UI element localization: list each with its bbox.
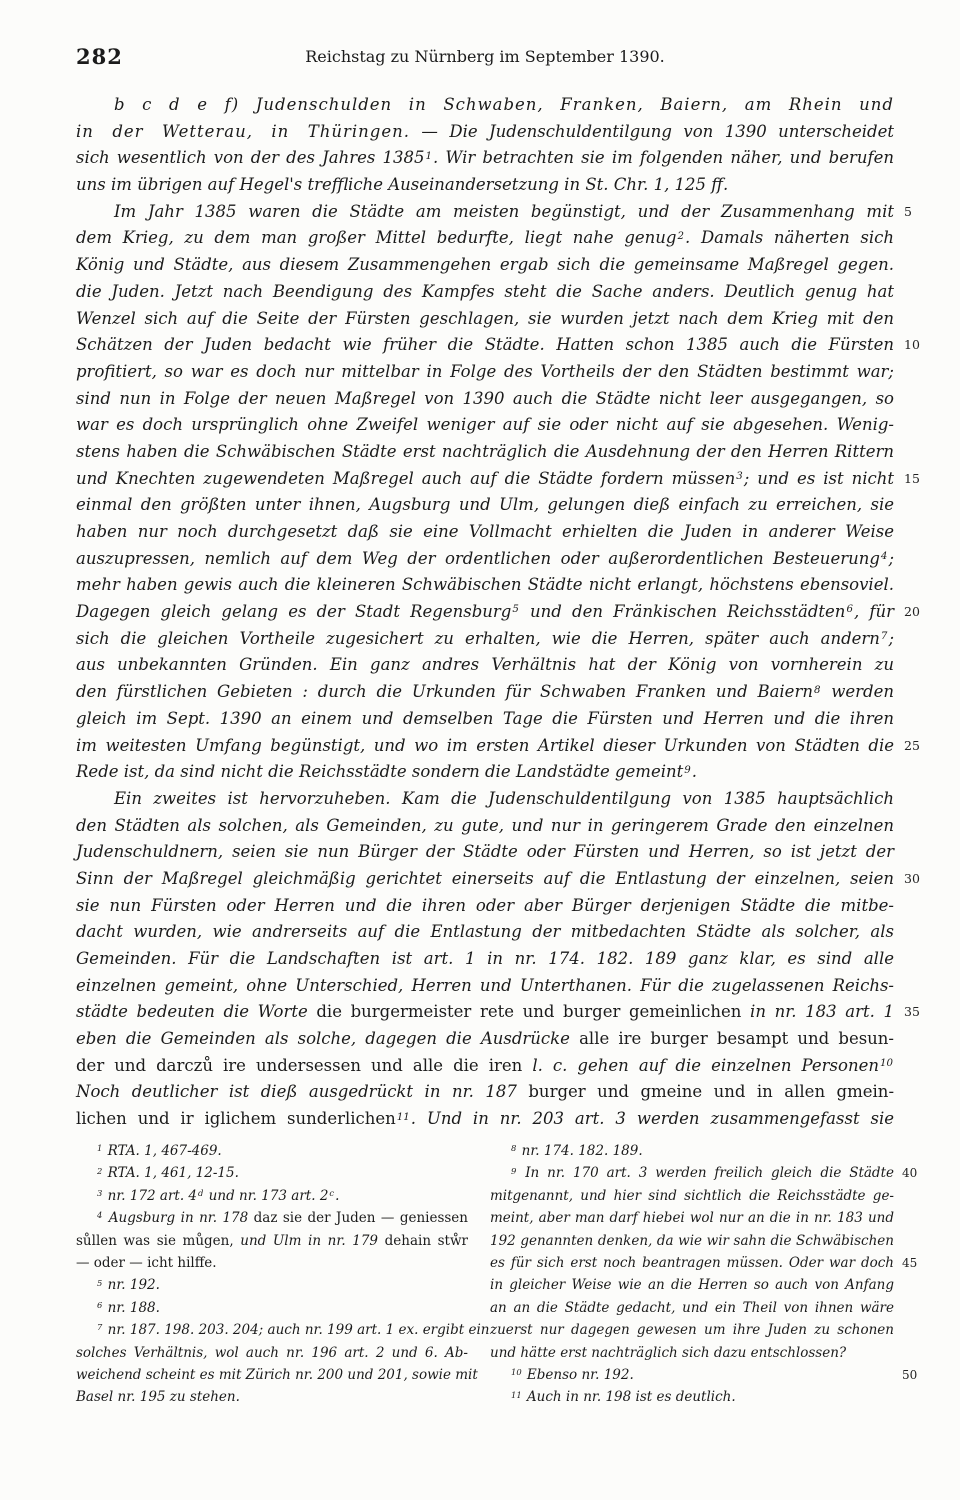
text-segment: . Wir betrachten sie im folgenden näher,… [433, 148, 894, 167]
footnote-ref: 2 [677, 231, 686, 242]
body-text-line: sie nun Fürsten oder Herren und die ihre… [76, 893, 894, 920]
text-segment: auszupressen, nemlich auf dem Weg der or… [76, 549, 880, 568]
text-segment: in gleicher Weise wie an die Herren so a… [490, 1277, 894, 1293]
margin-line-number: 40 [902, 1162, 917, 1184]
footnote-line: und hätte erst nachträglich sich dazu en… [490, 1342, 894, 1364]
footnote-ref: 1 [425, 151, 434, 162]
margin-line-number: 5 [904, 199, 912, 226]
text-segment: nr. 192. [103, 1277, 160, 1293]
text-segment: burger und gmeine und in allen gmein- [528, 1082, 894, 1101]
text-segment: mehr haben gewis auch die kleineren Schw… [76, 575, 894, 594]
text-segment: ; [888, 629, 894, 648]
body-text-line: dacht wurden, wie andrerseits auf die En… [76, 919, 894, 946]
text-segment: ; und es ist nicht [744, 469, 894, 488]
text-segment: den Städten als solchen, als Gemeinden, … [76, 816, 894, 835]
body-text-line: und Knechten zugewendeten Maßregel auch … [76, 466, 894, 493]
footnote-line: 4 Augsburg in nr. 178 daz sie der Juden … [76, 1207, 468, 1229]
text-segment: aus unbekannten Gründen. Ein ganz andres… [76, 655, 894, 674]
text-segment: gleich im Sept. 1390 an einem und demsel… [76, 709, 894, 728]
text-segment: sich die gleichen Vortheile zugesichert … [76, 629, 880, 648]
margin-line-number: 15 [904, 466, 920, 493]
text-segment: , für [854, 602, 894, 621]
text-segment: Im Jahr 1385 waren die Städte am meisten… [114, 202, 894, 221]
footnote-ref: 11 [510, 1390, 523, 1400]
running-head: Reichstag zu Nürnberg im September 1390. [76, 44, 894, 66]
footnote-ref: 10 [879, 1058, 894, 1069]
body-text-line: sind nun in Folge der neuen Maßregel von… [76, 386, 894, 413]
body-text-line: aus unbekannten Gründen. Ein ganz andres… [76, 652, 894, 679]
text-segment: die burgermeister rete und burger gemein… [316, 1002, 741, 1021]
footnote-line: sůllen was sie můgen, und Ulm in nr. 179… [76, 1230, 468, 1252]
footnotes-right-column: 8 nr. 174. 182. 189.9 In nr. 170 art. 3 … [490, 1140, 894, 1409]
body-text-line: war es doch ursprünglich ohne Zweifel we… [76, 412, 894, 439]
text-segment: sie nun Fürsten oder Herren und die ihre… [76, 896, 894, 915]
text-segment: Schätzen der Juden bedacht wie früher di… [76, 335, 894, 354]
book-page: 282 Reichstag zu Nürnberg im September 1… [0, 0, 960, 1500]
text-segment: nr. 174. 182. 189. [517, 1143, 642, 1159]
footnote-ref: 9 [683, 765, 692, 776]
text-segment: und den Fränkischen Reichsstädten [520, 602, 846, 621]
text-segment: lichen und ir iglichem sunderlichen [76, 1109, 396, 1128]
footnote-ref: 2 [96, 1166, 103, 1176]
body-text-line: Dagegen gleich gelang es der Stadt Regen… [76, 599, 894, 626]
text-segment: uns im übrigen auf Hegel's treffliche Au… [76, 175, 728, 194]
margin-line-number: 25 [904, 733, 920, 760]
footnote-line: 6 nr. 188. [76, 1297, 468, 1319]
margin-line-number: 35 [904, 999, 920, 1026]
text-segment: 192 genannten denken, da wie wir sahn di… [490, 1233, 894, 1249]
footnote-line: 7 nr. 187. 198. 203. 204; auch nr. 199 a… [76, 1319, 468, 1341]
footnote-ref: 6 [96, 1300, 103, 1310]
text-segment: und nr. 173 art. 2 [204, 1188, 328, 1204]
body-text-line: der und darczů ire undersessen und alle … [76, 1053, 894, 1080]
body-text-line: sich wesentlich von der des Jahres 13851… [76, 145, 894, 172]
text-segment: Augsburg in nr. 178 [103, 1210, 253, 1226]
text-segment: dacht wurden, wie andrerseits auf die En… [76, 922, 894, 941]
footnote-line: in gleicher Weise wie an die Herren so a… [490, 1274, 894, 1296]
main-text: b c d e f) Judenschulden in Schwaben, Fr… [76, 92, 894, 1133]
text-segment: Sinn der Maßregel gleichmäßig gerichtet … [76, 869, 894, 888]
footnote-line: 11 Auch in nr. 198 ist es deutlich. [490, 1386, 894, 1408]
body-text-line: einmal den größten unter ihnen, Augsburg… [76, 492, 894, 519]
text-segment: In nr. 170 art. 3 werden freilich gleich… [517, 1165, 894, 1181]
margin-line-number: 30 [904, 866, 920, 893]
text-segment: — oder — icht hilffe. [76, 1255, 217, 1271]
text-segment: weichend scheint es mit Zürich nr. 200 u… [76, 1367, 478, 1383]
text-segment: in nr. 183 art. 1 [741, 1002, 894, 1021]
body-text-line: eben die Gemeinden als solche, dagegen d… [76, 1026, 894, 1053]
body-text-line: König und Städte, aus diesem Zusammengeh… [76, 252, 894, 279]
text-segment: König und Städte, aus diesem Zusammengeh… [76, 255, 894, 274]
footnote-ref: 8 [813, 685, 822, 696]
footnotes-section: 1 RTA. 1, 467-469.2 RTA. 1, 461, 12-15.3… [76, 1140, 894, 1409]
footnote-ref: 10 [510, 1367, 523, 1377]
margin-line-number: 20 [904, 599, 920, 626]
text-segment: sind nun in Folge der neuen Maßregel von… [76, 389, 894, 408]
body-text-line: Im Jahr 1385 waren die Städte am meisten… [76, 199, 894, 226]
text-segment: profitiert, so war es doch nur mittelbar… [76, 362, 894, 381]
body-text-line: mehr haben gewis auch die kleineren Schw… [76, 572, 894, 599]
text-segment: l. c. gehen auf die einzelnen Personen [532, 1056, 879, 1075]
text-segment: Noch deutlicher ist dieß ausgedrückt in … [76, 1082, 528, 1101]
text-segment: einzelnen gemeint, ohne Unterschied, Her… [76, 976, 894, 995]
margin-line-number: 45 [902, 1252, 917, 1274]
footnote-line: weichend scheint es mit Zürich nr. 200 u… [76, 1364, 468, 1386]
text-segment: es für sich erst noch beantragen müssen.… [490, 1255, 894, 1271]
text-segment: eben die Gemeinden als solche, dagegen d… [76, 1029, 579, 1048]
text-segment: alle ire burger besampt und besun- [579, 1029, 894, 1048]
body-text-line: Schätzen der Juden bedacht wie früher di… [76, 332, 894, 359]
text-segment: Ebenso nr. 192. [523, 1367, 634, 1383]
body-text-line: lichen und ir iglichem sunderlichen11. U… [76, 1106, 894, 1133]
footnote-line: meint, aber man darf hiebei wol nur an d… [490, 1207, 894, 1229]
footnote-line: 1 RTA. 1, 467-469. [76, 1140, 468, 1162]
body-text-line: Sinn der Maßregel gleichmäßig gerichtet … [76, 866, 894, 893]
text-segment: städte bedeuten die Worte [76, 1002, 316, 1021]
footnote-line: zuerst nur dagegen gewesen um ihre Juden… [490, 1319, 894, 1341]
text-segment: zuerst nur dagegen gewesen um ihre Juden… [490, 1322, 894, 1338]
text-segment: ; [888, 549, 894, 568]
body-text-line: einzelnen gemeint, ohne Unterschied, Her… [76, 973, 894, 1000]
footnote-ref: 7 [96, 1322, 103, 1332]
text-segment: nr. 188. [103, 1300, 160, 1316]
margin-line-number: 50 [902, 1364, 917, 1386]
footnote-line: 10 Ebenso nr. 192.50 [490, 1364, 894, 1386]
text-segment: der und darczů ire undersessen und alle … [76, 1056, 532, 1075]
footnote-ref: 3 [735, 471, 744, 482]
text-segment: sůllen was sie můgen, [76, 1233, 240, 1249]
text-segment: Auch in nr. 198 ist es deutlich. [523, 1389, 736, 1405]
text-segment: werden [821, 682, 894, 701]
text-segment: einmal den größten unter ihnen, Augsburg… [76, 495, 894, 514]
footnote-line: es für sich erst noch beantragen müssen.… [490, 1252, 894, 1274]
text-segment: mitgenannt, und hier sind sichtlich die … [490, 1188, 894, 1204]
body-text-line: den Städten als solchen, als Gemeinden, … [76, 813, 894, 840]
footnote-ref: c [328, 1188, 335, 1198]
text-segment: Wenzel sich auf die Seite der Fürsten ge… [76, 309, 894, 328]
footnote-line: 5 nr. 192. [76, 1274, 468, 1296]
text-segment: nr. 172 art. 4 [103, 1188, 197, 1204]
text-segment: dem Krieg, zu dem man großer Mittel bedu… [76, 228, 677, 247]
footnote-line: 2 RTA. 1, 461, 12-15. [76, 1162, 468, 1184]
text-segment: und hätte erst nachträglich sich dazu en… [490, 1345, 846, 1361]
text-segment: im weitesten Umfang begünstigt, und wo i… [76, 736, 894, 755]
body-text-line: Gemeinden. Für die Landschaften ist art.… [76, 946, 894, 973]
body-text-line: profitiert, so war es doch nur mittelbar… [76, 359, 894, 386]
body-text-line: dem Krieg, zu dem man großer Mittel bedu… [76, 225, 894, 252]
body-text-line: Noch deutlicher ist dieß ausgedrückt in … [76, 1079, 894, 1106]
text-segment: haben nur noch durchgesetzt daß sie eine… [76, 522, 894, 541]
text-segment: solches Verhältnis, wol auch nr. 196 art… [76, 1345, 468, 1361]
text-segment: in der Wetterau, in Thüringen. [76, 122, 410, 141]
footnote-ref: 3 [96, 1188, 103, 1198]
text-segment: b c d e f) Judenschulden in Schwaben, Fr… [114, 95, 894, 114]
text-segment: den fürstlichen Gebieten : durch die Urk… [76, 682, 813, 701]
text-segment: RTA. 1, 467-469. [103, 1143, 221, 1159]
footnote-ref: 9 [510, 1166, 517, 1176]
body-text-line: Ein zweites ist hervorzuheben. Kam die J… [76, 786, 894, 813]
text-segment: dehain stẘr [385, 1233, 468, 1249]
footnote-line: 3 nr. 172 art. 4d und nr. 173 art. 2c. [76, 1185, 468, 1207]
text-segment: daz sie der Juden — geniessen [254, 1210, 468, 1226]
footnote-ref: 4 [880, 551, 889, 562]
text-segment: war es doch ursprünglich ohne Zweifel we… [76, 415, 894, 434]
text-segment: — Die Judenschuldentilgung von 1390 unte… [410, 122, 894, 141]
footnote-ref: 11 [396, 1112, 411, 1123]
footnote-line: — oder — icht hilffe. [76, 1252, 468, 1274]
text-segment: Ein zweites ist hervorzuheben. Kam die J… [114, 789, 894, 808]
footnote-line: solches Verhältnis, wol auch nr. 196 art… [76, 1342, 468, 1364]
footnote-ref: 5 [511, 604, 520, 615]
footnote-line: mitgenannt, und hier sind sichtlich die … [490, 1185, 894, 1207]
text-segment: und Knechten zugewendeten Maßregel auch … [76, 469, 735, 488]
text-segment: Rede ist, da sind nicht die Reichsstädte… [76, 762, 683, 781]
text-segment: Judenschuldnern, seien sie nun Bürger de… [76, 842, 894, 861]
body-text-line: in der Wetterau, in Thüringen. — Die Jud… [76, 119, 894, 146]
page-header: 282 Reichstag zu Nürnberg im September 1… [76, 44, 894, 74]
margin-line-number: 10 [904, 332, 920, 359]
text-segment: an an die Städte gedacht, und ein Theil … [490, 1300, 894, 1316]
footnotes-left-column: 1 RTA. 1, 467-469.2 RTA. 1, 461, 12-15.3… [76, 1140, 468, 1409]
body-text-line: im weitesten Umfang begünstigt, und wo i… [76, 733, 894, 760]
footnote-line: Basel nr. 195 zu stehen. [76, 1386, 468, 1408]
footnote-line: 192 genannten denken, da wie wir sahn di… [490, 1230, 894, 1252]
text-segment: . Und in nr. 203 art. 3 werden zusammeng… [411, 1109, 894, 1128]
text-segment: sich wesentlich von der des Jahres 1385 [76, 148, 425, 167]
body-text-line: haben nur noch durchgesetzt daß sie eine… [76, 519, 894, 546]
text-segment: . Damals näherten sich [685, 228, 894, 247]
footnote-ref: 1 [96, 1143, 103, 1153]
body-text-line: Judenschuldnern, seien sie nun Bürger de… [76, 839, 894, 866]
body-text-line: stens haben die Schwäbischen Städte erst… [76, 439, 894, 466]
body-text-line: den fürstlichen Gebieten : durch die Urk… [76, 679, 894, 706]
body-text-line: gleich im Sept. 1390 an einem und demsel… [76, 706, 894, 733]
footnote-ref: 7 [880, 631, 889, 642]
text-segment: Basel nr. 195 zu stehen. [76, 1389, 240, 1405]
footnote-line: an an die Städte gedacht, und ein Theil … [490, 1297, 894, 1319]
footnote-line: 8 nr. 174. 182. 189. [490, 1140, 894, 1162]
text-segment: Gemeinden. Für die Landschaften ist art.… [76, 949, 894, 968]
text-segment: und Ulm in nr. 179 [240, 1233, 384, 1249]
text-segment: . [692, 762, 697, 781]
footnote-ref: 5 [96, 1278, 103, 1288]
page-number: 282 [76, 44, 123, 69]
body-text-line: b c d e f) Judenschulden in Schwaben, Fr… [76, 92, 894, 119]
footnote-ref: 8 [510, 1143, 517, 1153]
footnote-ref: 6 [845, 604, 854, 615]
body-text-line: auszupressen, nemlich auf dem Weg der or… [76, 546, 894, 573]
footnote-ref: d [197, 1188, 204, 1198]
text-segment: die Juden. Jetzt nach Beendigung des Kam… [76, 282, 894, 301]
text-segment: stens haben die Schwäbischen Städte erst… [76, 442, 894, 461]
text-segment: nr. 187. 198. 203. 204; auch nr. 199 art… [103, 1322, 489, 1338]
text-segment: Dagegen gleich gelang es der Stadt Regen… [76, 602, 511, 621]
text-segment: meint, aber man darf hiebei wol nur an d… [490, 1210, 894, 1226]
body-text-line: Rede ist, da sind nicht die Reichsstädte… [76, 759, 894, 786]
text-segment: . [335, 1188, 339, 1204]
body-text-line: Wenzel sich auf die Seite der Fürsten ge… [76, 306, 894, 333]
footnote-line: 9 In nr. 170 art. 3 werden freilich glei… [490, 1162, 894, 1184]
body-text-line: uns im übrigen auf Hegel's treffliche Au… [76, 172, 894, 199]
body-text-line: sich die gleichen Vortheile zugesichert … [76, 626, 894, 653]
text-segment: RTA. 1, 461, 12-15. [103, 1165, 239, 1181]
body-text-line: städte bedeuten die Worte die burgermeis… [76, 999, 894, 1026]
footnote-ref: 4 [96, 1210, 103, 1220]
body-text-line: die Juden. Jetzt nach Beendigung des Kam… [76, 279, 894, 306]
